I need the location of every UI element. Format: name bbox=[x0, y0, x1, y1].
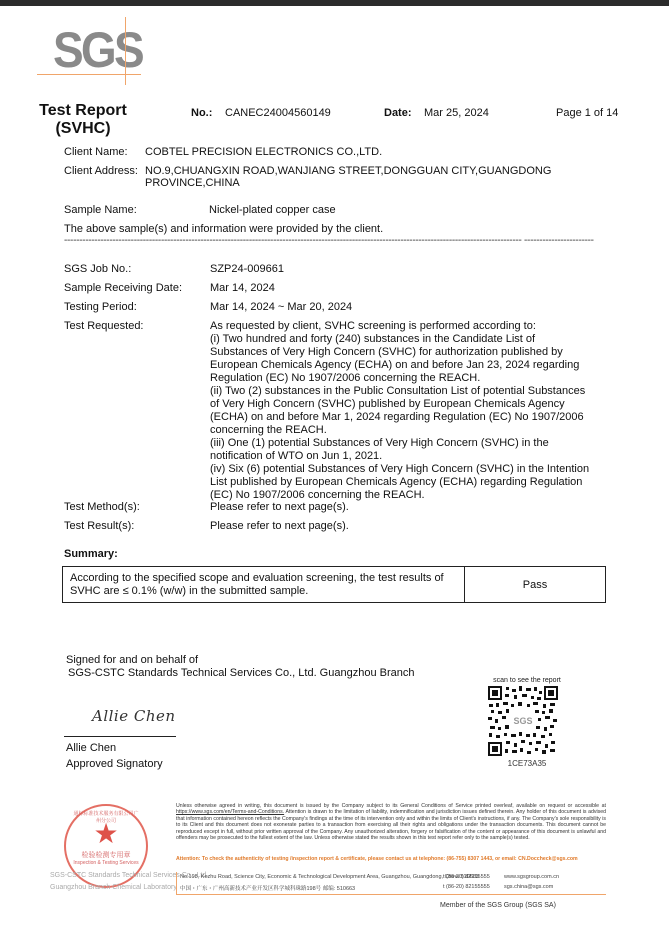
test-result-label: Test Result(s): bbox=[64, 520, 134, 533]
test-result-value: Please refer to next page(s). bbox=[210, 520, 349, 533]
test-requested-label: Test Requested: bbox=[64, 320, 144, 333]
signed-on-behalf: Signed for and on behalf of bbox=[66, 654, 198, 667]
lab-name-line2: Guangzhou Branch Chemical Laboratory bbox=[50, 884, 177, 891]
report-title: Test Report (SVHC) bbox=[37, 102, 129, 138]
sample-name-value: Nickel-plated copper case bbox=[209, 204, 336, 217]
stamp-en-text: Inspection & Testing Services bbox=[66, 860, 146, 866]
stamp-cn-text: 检验检测专用章 bbox=[66, 850, 146, 860]
sample-name-label: Sample Name: bbox=[64, 204, 137, 217]
logo-accent-line-vertical bbox=[125, 17, 126, 85]
qr-verification-code: 1CE73A35 bbox=[486, 759, 568, 768]
qr-caption: scan to see the report bbox=[486, 677, 568, 684]
handwritten-signature: Allie Chen bbox=[92, 707, 176, 725]
date-label: Date: bbox=[384, 107, 412, 119]
qr-code[interactable]: SGS bbox=[488, 686, 558, 756]
summary-result: Pass bbox=[465, 567, 605, 602]
summary-table: According to the specified scope and eva… bbox=[62, 566, 606, 603]
footer-divider bbox=[176, 894, 606, 895]
test-requested-value: As requested by client, SVHC screening i… bbox=[210, 320, 610, 502]
title-line-1: Test Report bbox=[37, 102, 129, 120]
signature-line bbox=[64, 736, 176, 737]
signatory-role: Approved Signatory bbox=[66, 758, 163, 771]
report-no-label: No.: bbox=[191, 107, 212, 119]
footer-divider-vertical bbox=[176, 872, 177, 894]
window-top-bar bbox=[0, 0, 669, 6]
client-address-label: Client Address: bbox=[64, 165, 138, 178]
address-cn: 中国・广东・广州高新技术产业开发区科学城科珠路198号 邮编: 510663 bbox=[180, 884, 355, 892]
qr-code-icon: SGS bbox=[488, 686, 558, 756]
title-line-2: (SVHC) bbox=[37, 120, 129, 138]
address-en: No.198, Kezhu Road, Science City, Econom… bbox=[180, 874, 479, 880]
client-name-label: Client Name: bbox=[64, 146, 128, 159]
testing-period-label: Testing Period: bbox=[64, 301, 137, 314]
test-method-label: Test Method(s): bbox=[64, 501, 140, 514]
separator-line: ----------------------------------------… bbox=[64, 235, 594, 246]
summary-text: According to the specified scope and eva… bbox=[63, 567, 465, 602]
report-no-value: CANEC24004560149 bbox=[225, 107, 331, 119]
logo-text: SGS bbox=[53, 25, 142, 75]
phone-2: t (86-20) 82155555 bbox=[443, 884, 490, 890]
signatory-name: Allie Chen bbox=[66, 742, 116, 755]
job-no-label: SGS Job No.: bbox=[64, 263, 131, 276]
receiving-date-label: Sample Receiving Date: bbox=[64, 282, 182, 295]
svg-text:SGS: SGS bbox=[513, 716, 532, 726]
test-method-value: Please refer to next page(s). bbox=[210, 501, 349, 514]
testing-period-value: Mar 14, 2024 ~ Mar 20, 2024 bbox=[210, 301, 352, 314]
star-icon: ★ bbox=[66, 820, 146, 848]
client-address-line2: PROVINCE,CHINA bbox=[145, 177, 240, 190]
terms-link[interactable]: https://www.sgs.com/en/Terms-and-Conditi… bbox=[176, 809, 284, 815]
member-text: Member of the SGS Group (SGS SA) bbox=[440, 902, 556, 909]
authenticity-notice: Attention: To check the authenticity of … bbox=[176, 856, 606, 862]
client-name-value: COBTEL PRECISION ELECTRONICS CO.,LTD. bbox=[145, 146, 382, 159]
phone-1: t (86-20) 82155555 bbox=[443, 874, 490, 880]
website-link[interactable]: www.sgsgroup.com.cn bbox=[504, 874, 559, 880]
disclaimer-pre: Unless otherwise agreed in writing, this… bbox=[176, 803, 606, 809]
signing-company: SGS-CSTC Standards Technical Services Co… bbox=[68, 667, 414, 680]
sgs-logo: SGS bbox=[37, 17, 141, 85]
summary-title: Summary: bbox=[64, 548, 118, 560]
job-no-value: SZP24-009661 bbox=[210, 263, 284, 276]
email-link[interactable]: sgs.china@sgs.com bbox=[504, 884, 553, 890]
date-value: Mar 25, 2024 bbox=[424, 107, 489, 119]
disclaimer-text: Unless otherwise agreed in writing, this… bbox=[176, 803, 606, 841]
receiving-date-value: Mar 14, 2024 bbox=[210, 282, 275, 295]
page-indicator: Page 1 of 14 bbox=[556, 107, 618, 119]
